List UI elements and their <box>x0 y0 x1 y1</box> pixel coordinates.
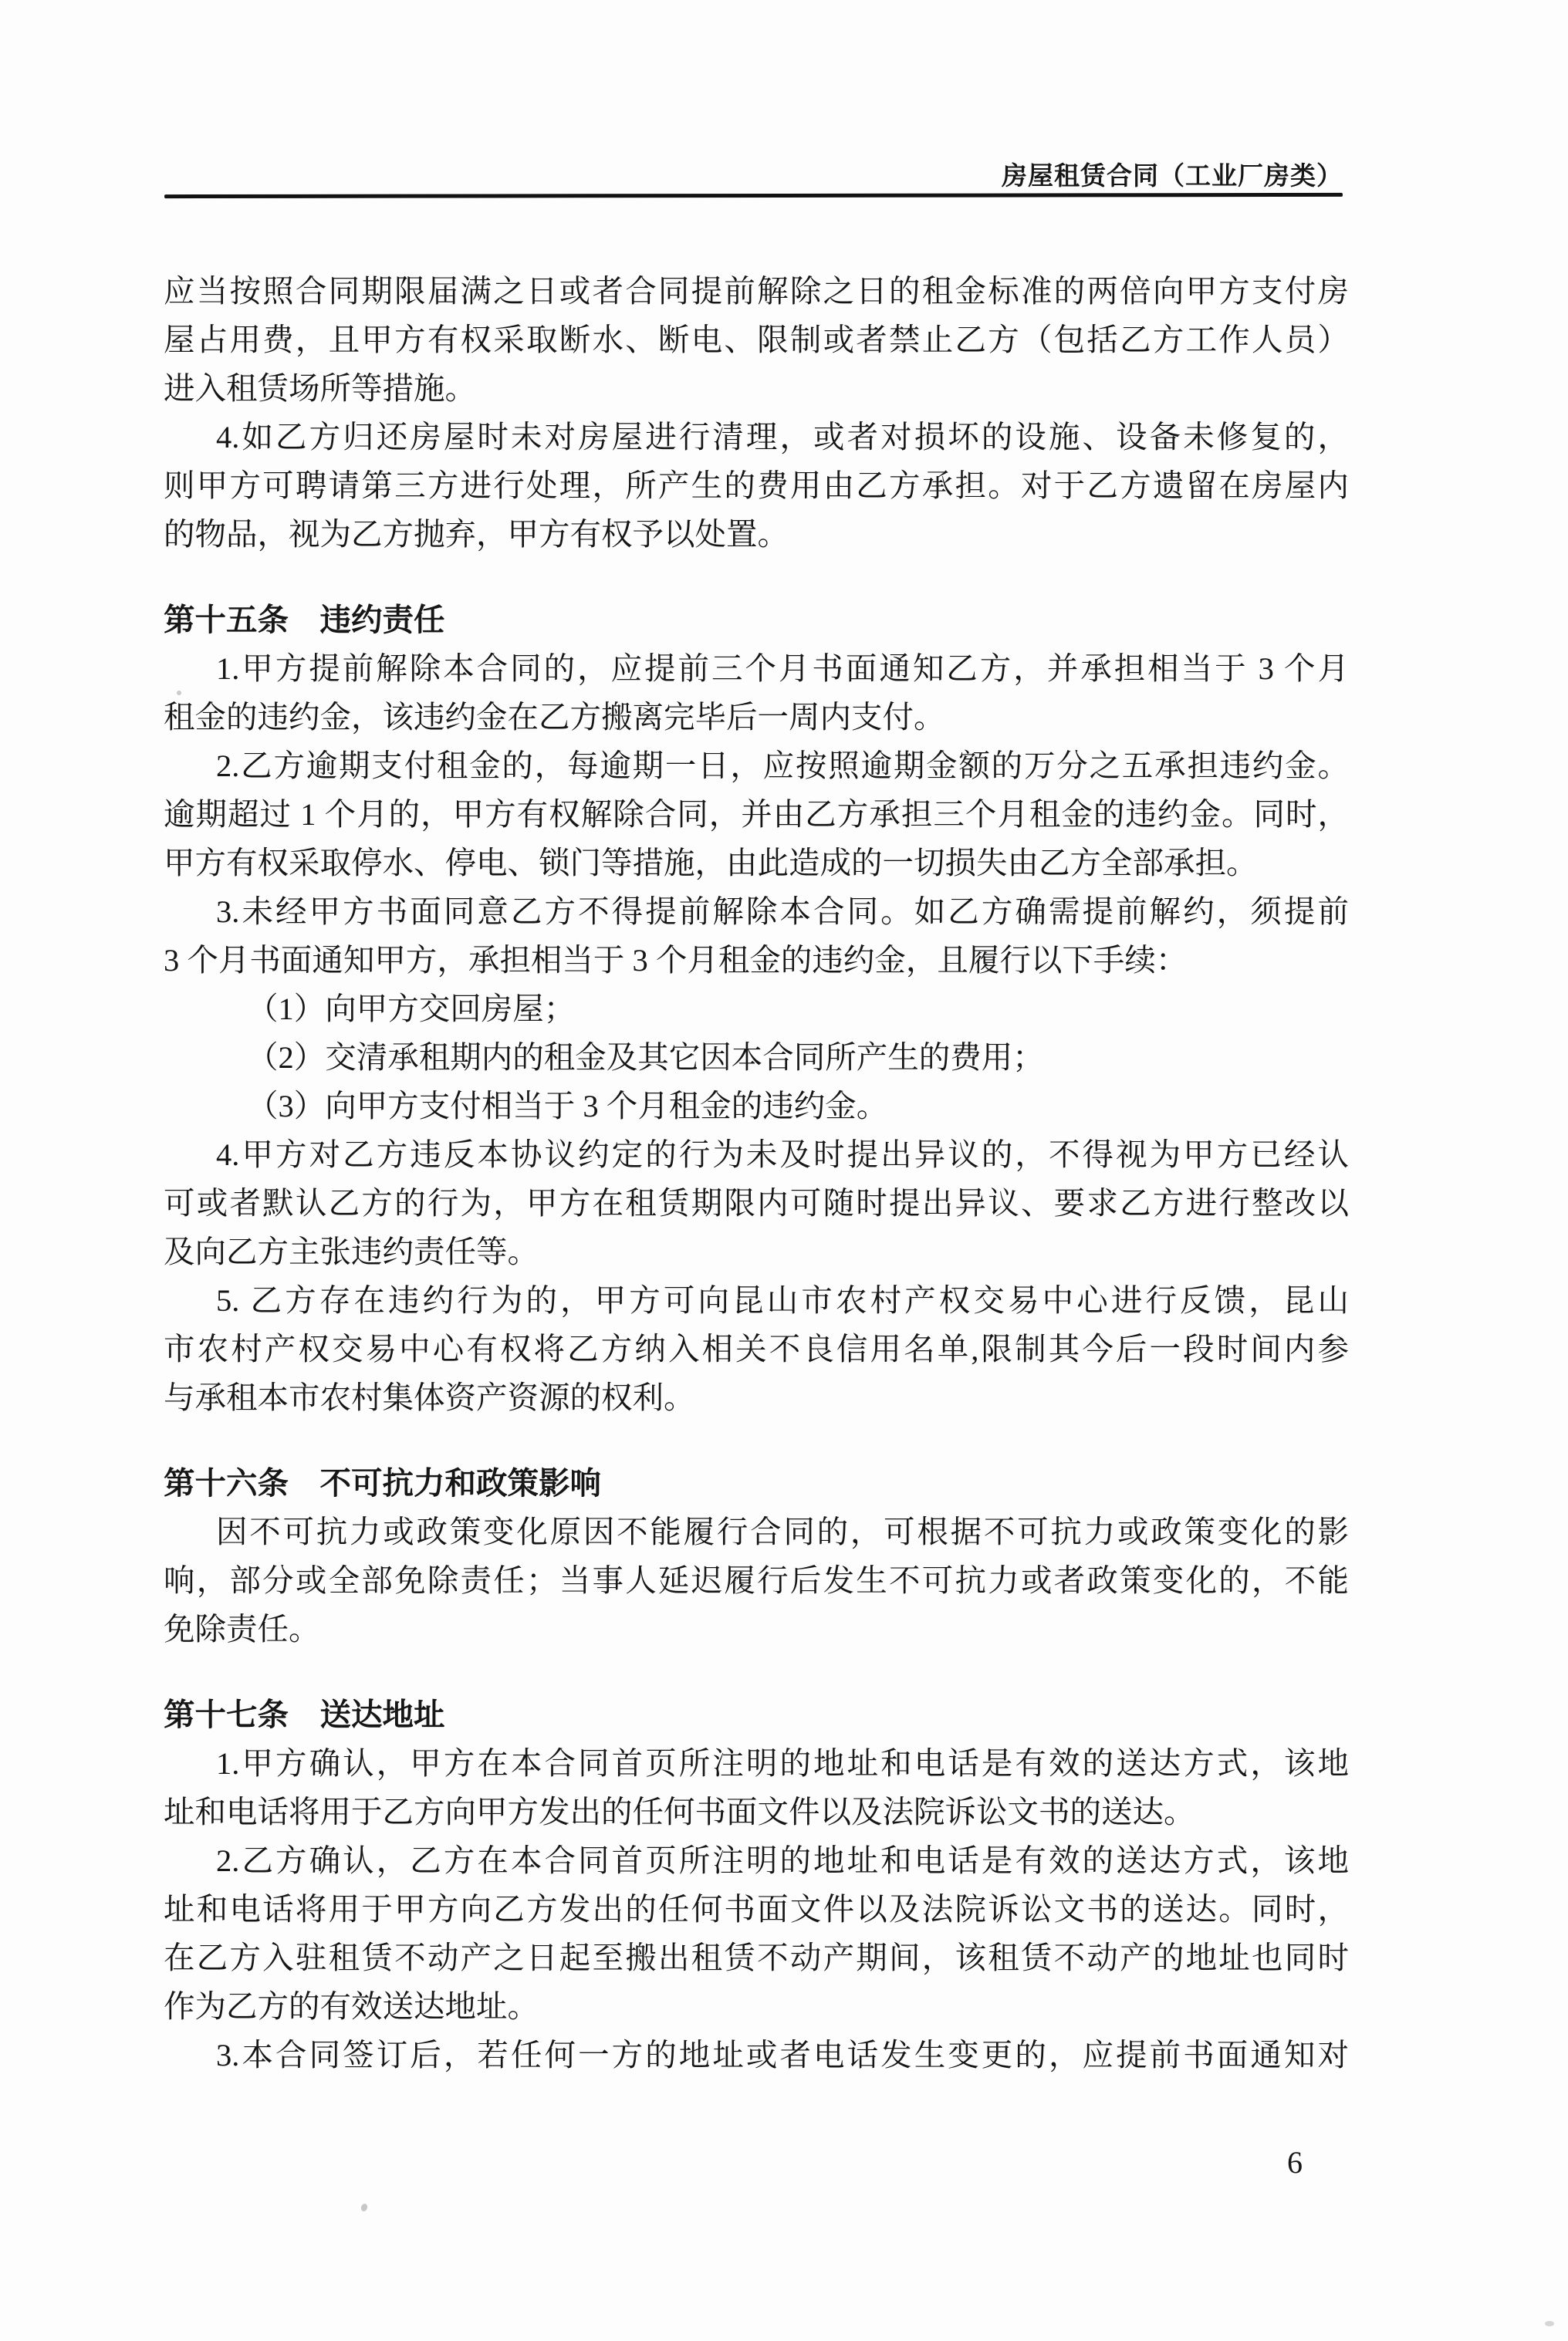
text-line: 3 个月书面通知甲方，承担相当于 3 个月租金的违约金，且履行以下手续： <box>164 936 1349 985</box>
text-line: 3.未经甲方书面同意乙方不得提前解除本合同。如乙方确需提前解约，须提前 <box>164 887 1349 936</box>
text-line: 则甲方可聘请第三方进行处理，所产生的费用由乙方承担。对于乙方遗留在房屋内 <box>164 461 1349 510</box>
page-header-title: 房屋租赁合同（工业厂房类） <box>1002 156 1343 192</box>
list-item-line: （3）向甲方支付相当于 3 个月租金的违约金。 <box>164 1082 1349 1130</box>
text-line: 2.乙方确认，乙方在本合同首页所注明的地址和电话是有效的送达方式，该地 <box>164 1836 1349 1885</box>
text-line: 免除责任。 <box>164 1605 1349 1654</box>
text-line: 与承租本市农村集体资产资源的权利。 <box>164 1373 1349 1422</box>
text-line: 4.如乙方归还房屋时未对房屋进行清理，或者对损坏的设施、设备未修复的， <box>164 413 1349 461</box>
text-line: 1.甲方确认，甲方在本合同首页所注明的地址和电话是有效的送达方式，该地 <box>164 1739 1349 1788</box>
scan-speck <box>360 2203 369 2212</box>
text-line: 址和电话将用于甲方向乙方发出的任何书面文件以及法院诉讼文书的送达。同时， <box>164 1885 1349 1934</box>
text-line: 屋占用费，且甲方有权采取断水、断电、限制或者禁止乙方（包括乙方工作人员） <box>164 316 1349 364</box>
text-line: 及向乙方主张违约责任等。 <box>164 1228 1349 1276</box>
scan-speck <box>177 691 181 695</box>
section-heading: 第十七条 送达地址 <box>164 1691 1349 1739</box>
text-line: 甲方有权采取停水、停电、锁门等措施，由此造成的一切损失由乙方全部承担。 <box>164 839 1349 887</box>
section-heading: 第十六条 不可抗力和政策影响 <box>164 1459 1349 1508</box>
text-line: 5. 乙方存在违约行为的，甲方可向昆山市农村产权交易中心进行反馈，昆山 <box>164 1276 1349 1325</box>
list-item-line: （1）向甲方交回房屋； <box>164 985 1349 1033</box>
contract-page: 房屋租赁合同（工业厂房类） 应当按照合同期限届满之日或者合同提前解除之日的租金标… <box>0 0 1568 2341</box>
header-rule <box>164 193 1343 198</box>
text-line: 1.甲方提前解除本合同的，应提前三个月书面通知乙方，并承担相当于 3 个月 <box>164 644 1349 693</box>
text-line: 作为乙方的有效送达地址。 <box>164 1982 1349 2031</box>
page-number: 6 <box>1287 2145 1303 2181</box>
section-heading: 第十五条 违约责任 <box>164 596 1349 644</box>
text-line: 租金的违约金，该违约金在乙方搬离完毕后一周内支付。 <box>164 693 1349 741</box>
text-line: 逾期超过 1 个月的，甲方有权解除合同，并由乙方承担三个月租金的违约金。同时， <box>164 790 1349 839</box>
text-line: 应当按照合同期限届满之日或者合同提前解除之日的租金标准的两倍向甲方支付房 <box>164 267 1349 316</box>
text-line: 市农村产权交易中心有权将乙方纳入相关不良信用名单,限制其今后一段时间内参 <box>164 1325 1349 1373</box>
text-line: 址和电话将用于乙方向甲方发出的任何书面文件以及法院诉讼文书的送达。 <box>164 1788 1349 1836</box>
text-line: 进入租赁场所等措施。 <box>164 364 1349 413</box>
text-line: 2.乙方逾期支付租金的，每逾期一日，应按照逾期金额的万分之五承担违约金。 <box>164 741 1349 790</box>
text-line: 响，部分或全部免除责任；当事人延迟履行后发生不可抗力或者政策变化的，不能 <box>164 1556 1349 1605</box>
text-line: 在乙方入驻租赁不动产之日起至搬出租赁不动产期间，该租赁不动产的地址也同时 <box>164 1934 1349 1982</box>
text-line: 4.甲方对乙方违反本协议约定的行为未及时提出异议的，不得视为甲方已经认 <box>164 1130 1349 1179</box>
text-line: 的物品，视为乙方抛弃，甲方有权予以处置。 <box>164 510 1349 559</box>
text-line: 因不可抗力或政策变化原因不能履行合同的，可根据不可抗力或政策变化的影 <box>164 1508 1349 1556</box>
list-item-line: （2）交清承租期内的租金及其它因本合同所产生的费用； <box>164 1033 1349 1082</box>
scan-speck <box>1545 2321 1554 2326</box>
text-line: 可或者默认乙方的行为，甲方在租赁期限内可随时提出异议、要求乙方进行整改以 <box>164 1179 1349 1228</box>
contract-body: 应当按照合同期限届满之日或者合同提前解除之日的租金标准的两倍向甲方支付房屋占用费… <box>164 267 1349 2079</box>
text-line: 3.本合同签订后，若任何一方的地址或者电话发生变更的，应提前书面通知对 <box>164 2031 1349 2079</box>
